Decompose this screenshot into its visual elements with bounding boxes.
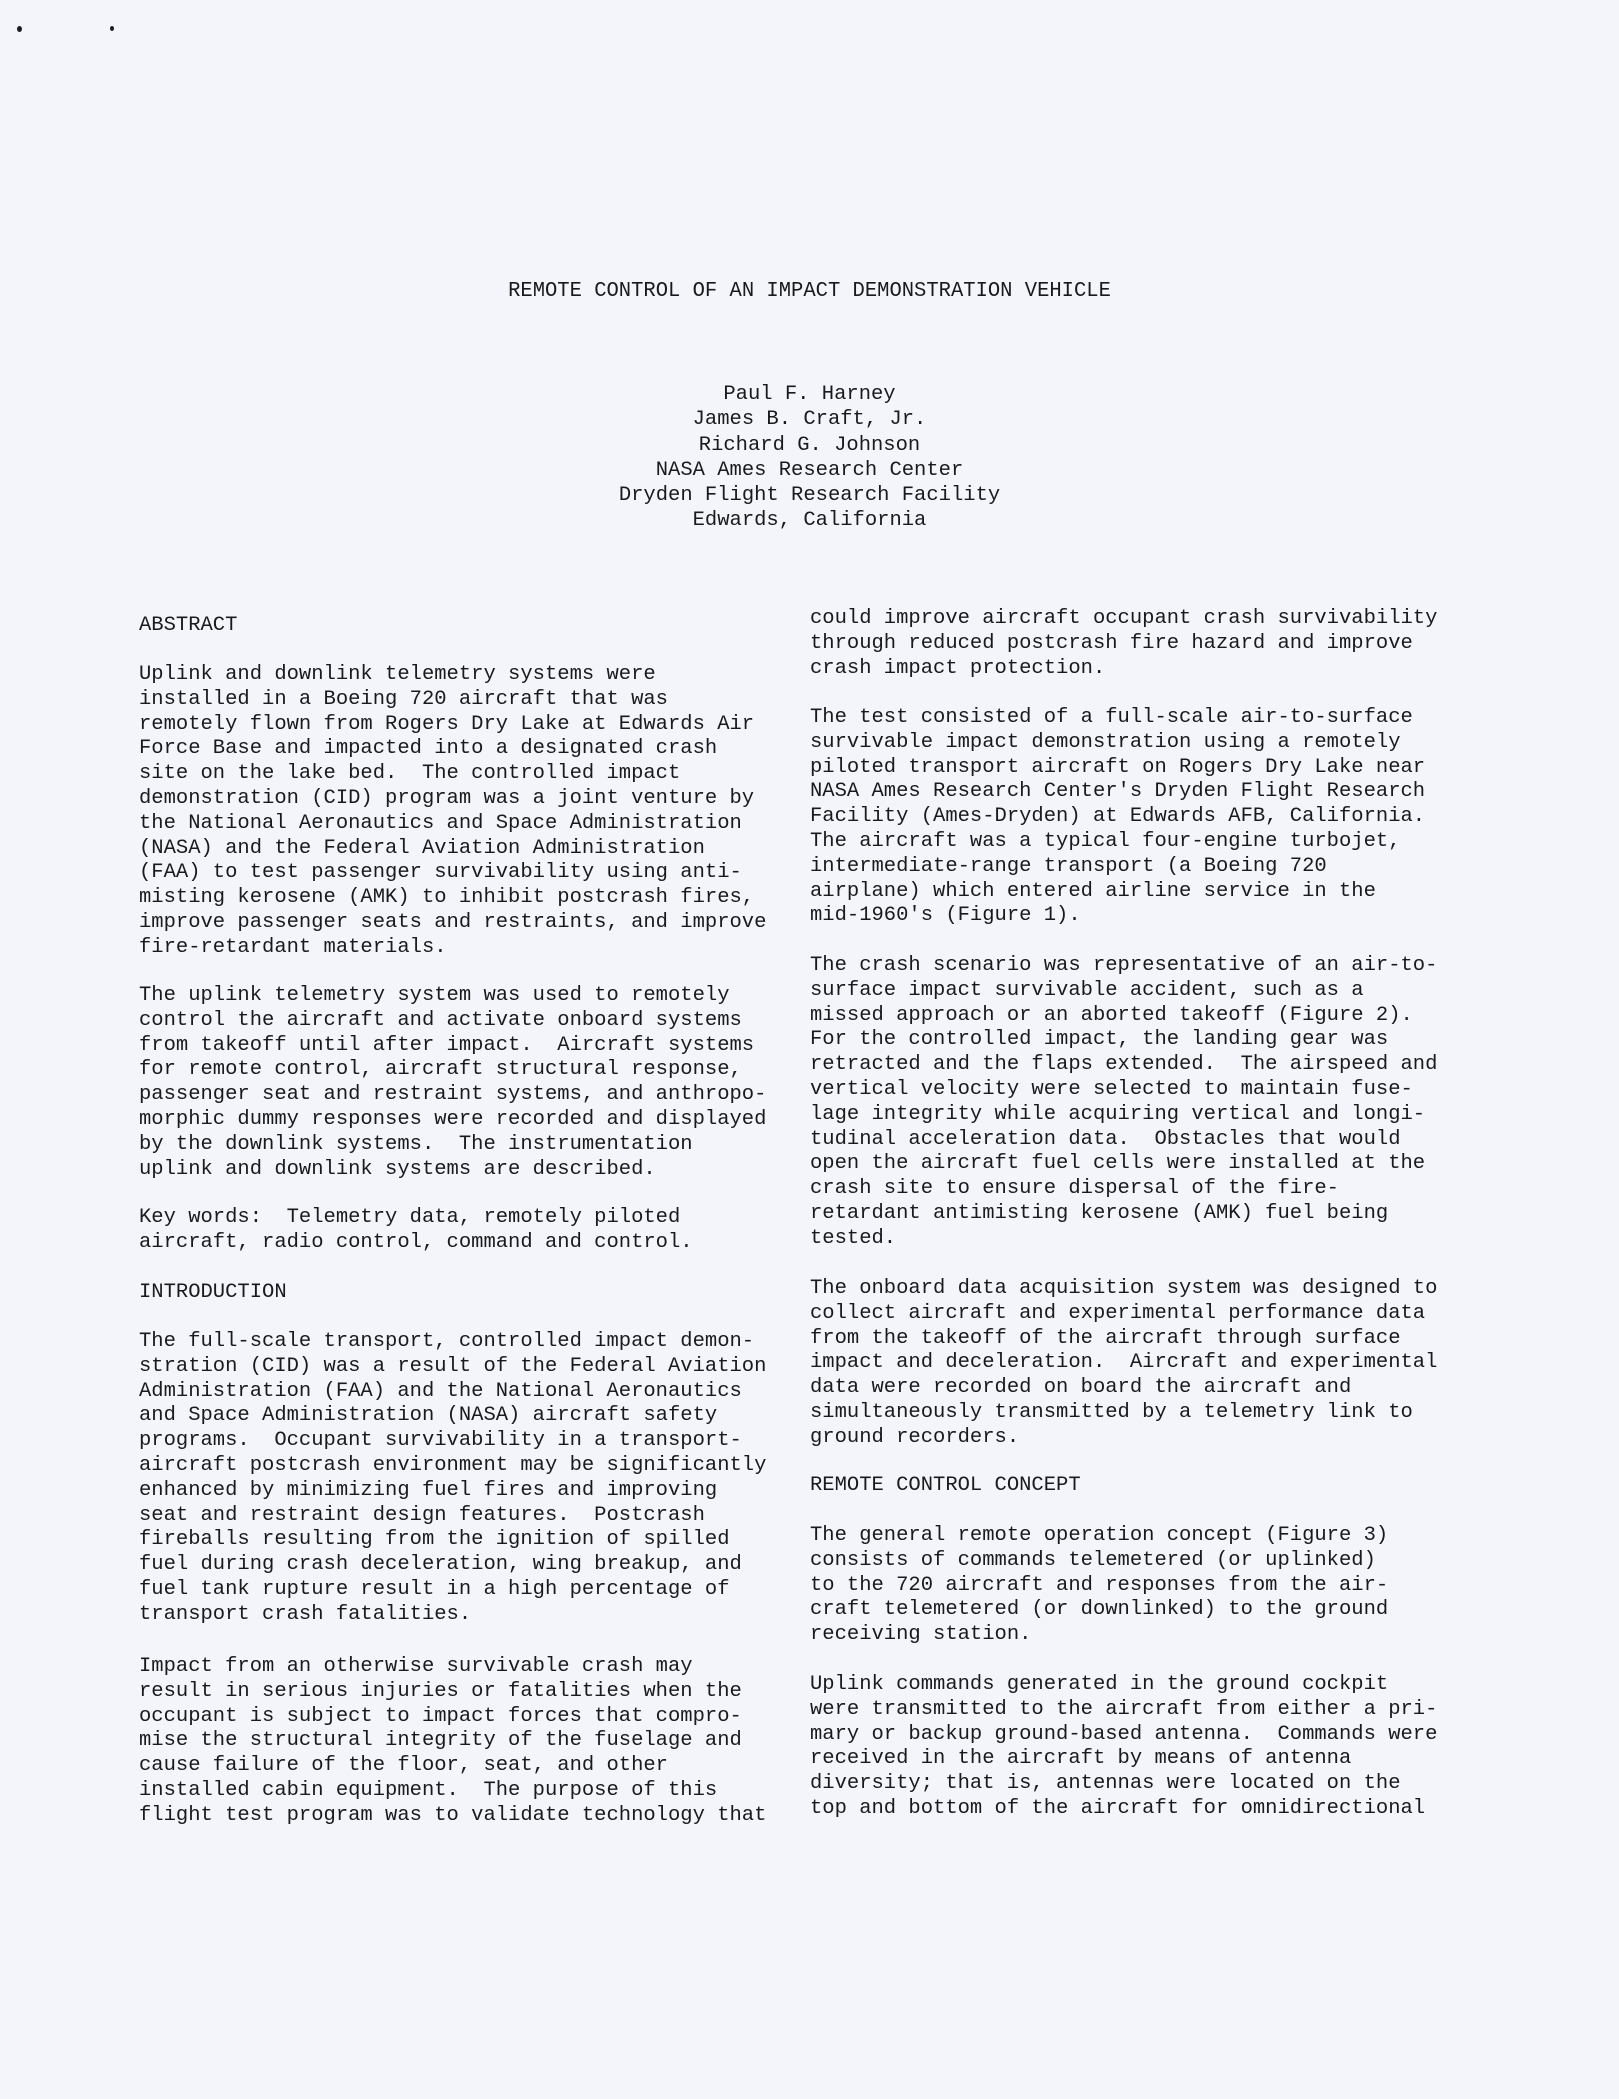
text-line: mid-1960's (Figure 1).	[810, 904, 1425, 929]
text-line: demonstration (CID) program was a joint …	[139, 787, 766, 812]
introduction-heading: INTRODUCTION	[139, 1281, 287, 1306]
text-line: The full-scale transport, controlled imp…	[139, 1330, 766, 1355]
text-line: surface impact survivable accident, such…	[810, 979, 1437, 1004]
text-line: missed approach or an aborted takeoff (F…	[810, 1004, 1437, 1029]
text-line: uplink and downlink systems are describe…	[139, 1158, 766, 1183]
test-description-paragraph: The test consisted of a full-scale air-t…	[810, 706, 1425, 929]
text-line: top and bottom of the aircraft for omnid…	[810, 1797, 1437, 1822]
text-line: to the 720 aircraft and responses from t…	[810, 1574, 1388, 1599]
text-line: intermediate-range transport (a Boeing 7…	[810, 855, 1425, 880]
text-line: piloted transport aircraft on Rogers Dry…	[810, 756, 1425, 781]
text-line: cause failure of the floor, seat, and ot…	[139, 1754, 766, 1779]
text-line: were transmitted to the aircraft from ei…	[810, 1698, 1437, 1723]
text-line: The crash scenario was representative of…	[810, 954, 1437, 979]
text-line: installed in a Boeing 720 aircraft that …	[139, 688, 766, 713]
abstract-heading: ABSTRACT	[139, 614, 237, 639]
text-line: craft telemetered (or downlinked) to the…	[810, 1598, 1388, 1623]
text-line: from the takeoff of the aircraft through…	[810, 1327, 1437, 1352]
paper-title: REMOTE CONTROL OF AN IMPACT DEMONSTRATIO…	[0, 280, 1619, 303]
text-line: misting kerosene (AMK) to inhibit postcr…	[139, 886, 766, 911]
text-line: flight test program was to validate tech…	[139, 1804, 766, 1829]
author-affiliation: Dryden Flight Research Facility	[0, 483, 1619, 508]
text-line: stration (CID) was a result of the Feder…	[139, 1355, 766, 1380]
text-line: received in the aircraft by means of ant…	[810, 1747, 1437, 1772]
keywords-paragraph: Key words: Telemetry data, remotely pilo…	[139, 1206, 693, 1256]
text-line: and Space Administration (NASA) aircraft…	[139, 1404, 766, 1429]
text-line: The uplink telemetry system was used to …	[139, 984, 766, 1009]
text-line: (NASA) and the Federal Aviation Administ…	[139, 837, 766, 862]
text-line: occupant is subject to impact forces tha…	[139, 1705, 766, 1730]
text-line: Uplink commands generated in the ground …	[810, 1673, 1437, 1698]
text-line: consists of commands telemetered (or upl…	[810, 1549, 1388, 1574]
text-line: could improve aircraft occupant crash su…	[810, 607, 1437, 632]
text-line: through reduced postcrash fire hazard an…	[810, 632, 1437, 657]
text-line: crash impact protection.	[810, 657, 1437, 682]
text-line: For the controlled impact, the landing g…	[810, 1028, 1437, 1053]
text-line: aircraft postcrash environment may be si…	[139, 1454, 766, 1479]
text-line: Force Base and impacted into a designate…	[139, 737, 766, 762]
text-line: transport crash fatalities.	[139, 1603, 766, 1628]
text-line: tudinal acceleration data. Obstacles tha…	[810, 1128, 1437, 1153]
abstract-paragraph-1: Uplink and downlink telemetry systems we…	[139, 663, 766, 961]
text-line: impact and deceleration. Aircraft and ex…	[810, 1351, 1437, 1376]
text-line: aircraft, radio control, command and con…	[139, 1231, 693, 1256]
text-line: fuel tank rupture result in a high perce…	[139, 1578, 766, 1603]
text-line: seat and restraint design features. Post…	[139, 1504, 766, 1529]
text-line: Key words: Telemetry data, remotely pilo…	[139, 1206, 693, 1231]
text-line: NASA Ames Research Center's Dryden Fligh…	[810, 780, 1425, 805]
uplink-commands-paragraph: Uplink commands generated in the ground …	[810, 1673, 1437, 1822]
scan-speck	[110, 26, 114, 31]
text-line: from takeoff until after impact. Aircraf…	[139, 1034, 766, 1059]
text-line: fireballs resulting from the ignition of…	[139, 1528, 766, 1553]
text-line: Facility (Ames-Dryden) at Edwards AFB, C…	[810, 805, 1425, 830]
text-line: remotely flown from Rogers Dry Lake at E…	[139, 713, 766, 738]
text-line: The general remote operation concept (Fi…	[810, 1524, 1388, 1549]
crash-scenario-paragraph: The crash scenario was representative of…	[810, 954, 1437, 1252]
author-affiliation: NASA Ames Research Center	[0, 458, 1619, 483]
text-line: collect aircraft and experimental perfor…	[810, 1302, 1437, 1327]
text-line: diversity; that is, antennas were locate…	[810, 1772, 1437, 1797]
text-line: receiving station.	[810, 1623, 1388, 1648]
text-line: passenger seat and restraint systems, an…	[139, 1083, 766, 1108]
text-line: retracted and the flaps extended. The ai…	[810, 1053, 1437, 1078]
data-acquisition-paragraph: The onboard data acquisition system was …	[810, 1277, 1437, 1451]
text-line: the National Aeronautics and Space Admin…	[139, 812, 766, 837]
text-line: morphic dummy responses were recorded an…	[139, 1108, 766, 1133]
text-line: crash site to ensure dispersal of the fi…	[810, 1177, 1437, 1202]
abstract-paragraph-2: The uplink telemetry system was used to …	[139, 984, 766, 1182]
text-line: The test consisted of a full-scale air-t…	[810, 706, 1425, 731]
paper-page: REMOTE CONTROL OF AN IMPACT DEMONSTRATIO…	[0, 0, 1619, 2099]
text-line: data were recorded on board the aircraft…	[810, 1376, 1437, 1401]
concept-paragraph: The general remote operation concept (Fi…	[810, 1524, 1388, 1648]
author-location: Edwards, California	[0, 508, 1619, 533]
text-line: airplane) which entered airline service …	[810, 880, 1425, 905]
author-block: Paul F. Harney James B. Craft, Jr. Richa…	[0, 382, 1619, 534]
text-line: lage integrity while acquiring vertical …	[810, 1103, 1437, 1128]
text-line: installed cabin equipment. The purpose o…	[139, 1779, 766, 1804]
remote-control-concept-heading: REMOTE CONTROL CONCEPT	[810, 1474, 1081, 1499]
text-line: simultaneously transmitted by a telemetr…	[810, 1401, 1437, 1426]
text-line: The aircraft was a typical four-engine t…	[810, 830, 1425, 855]
text-line: Administration (FAA) and the National Ae…	[139, 1380, 766, 1405]
text-line: fuel during crash deceleration, wing bre…	[139, 1553, 766, 1578]
text-line: by the downlink systems. The instrumenta…	[139, 1133, 766, 1158]
author-name: James B. Craft, Jr.	[0, 407, 1619, 432]
text-line: retardant antimisting kerosene (AMK) fue…	[810, 1202, 1437, 1227]
text-line: ground recorders.	[810, 1426, 1437, 1451]
scan-speck	[17, 26, 22, 32]
introduction-paragraph-2: Impact from an otherwise survivable cras…	[139, 1655, 766, 1829]
text-line: improve passenger seats and restraints, …	[139, 911, 766, 936]
text-line: survivable impact demonstration using a …	[810, 731, 1425, 756]
text-line: (FAA) to test passenger survivability us…	[139, 861, 766, 886]
paragraph-continued: could improve aircraft occupant crash su…	[810, 607, 1437, 681]
text-line: mary or backup ground-based antenna. Com…	[810, 1723, 1437, 1748]
text-line: programs. Occupant survivability in a tr…	[139, 1429, 766, 1454]
text-line: fire-retardant materials.	[139, 936, 766, 961]
text-line: result in serious injuries or fatalities…	[139, 1680, 766, 1705]
author-name: Richard G. Johnson	[0, 433, 1619, 458]
text-line: Uplink and downlink telemetry systems we…	[139, 663, 766, 688]
text-line: open the aircraft fuel cells were instal…	[810, 1152, 1437, 1177]
text-line: mise the structural integrity of the fus…	[139, 1729, 766, 1754]
text-line: site on the lake bed. The controlled imp…	[139, 762, 766, 787]
introduction-paragraph-1: The full-scale transport, controlled imp…	[139, 1330, 766, 1628]
text-line: Impact from an otherwise survivable cras…	[139, 1655, 766, 1680]
text-line: tested.	[810, 1227, 1437, 1252]
text-line: for remote control, aircraft structural …	[139, 1058, 766, 1083]
text-line: vertical velocity were selected to maint…	[810, 1078, 1437, 1103]
author-name: Paul F. Harney	[0, 382, 1619, 407]
text-line: control the aircraft and activate onboar…	[139, 1009, 766, 1034]
text-line: The onboard data acquisition system was …	[810, 1277, 1437, 1302]
text-line: enhanced by minimizing fuel fires and im…	[139, 1479, 766, 1504]
